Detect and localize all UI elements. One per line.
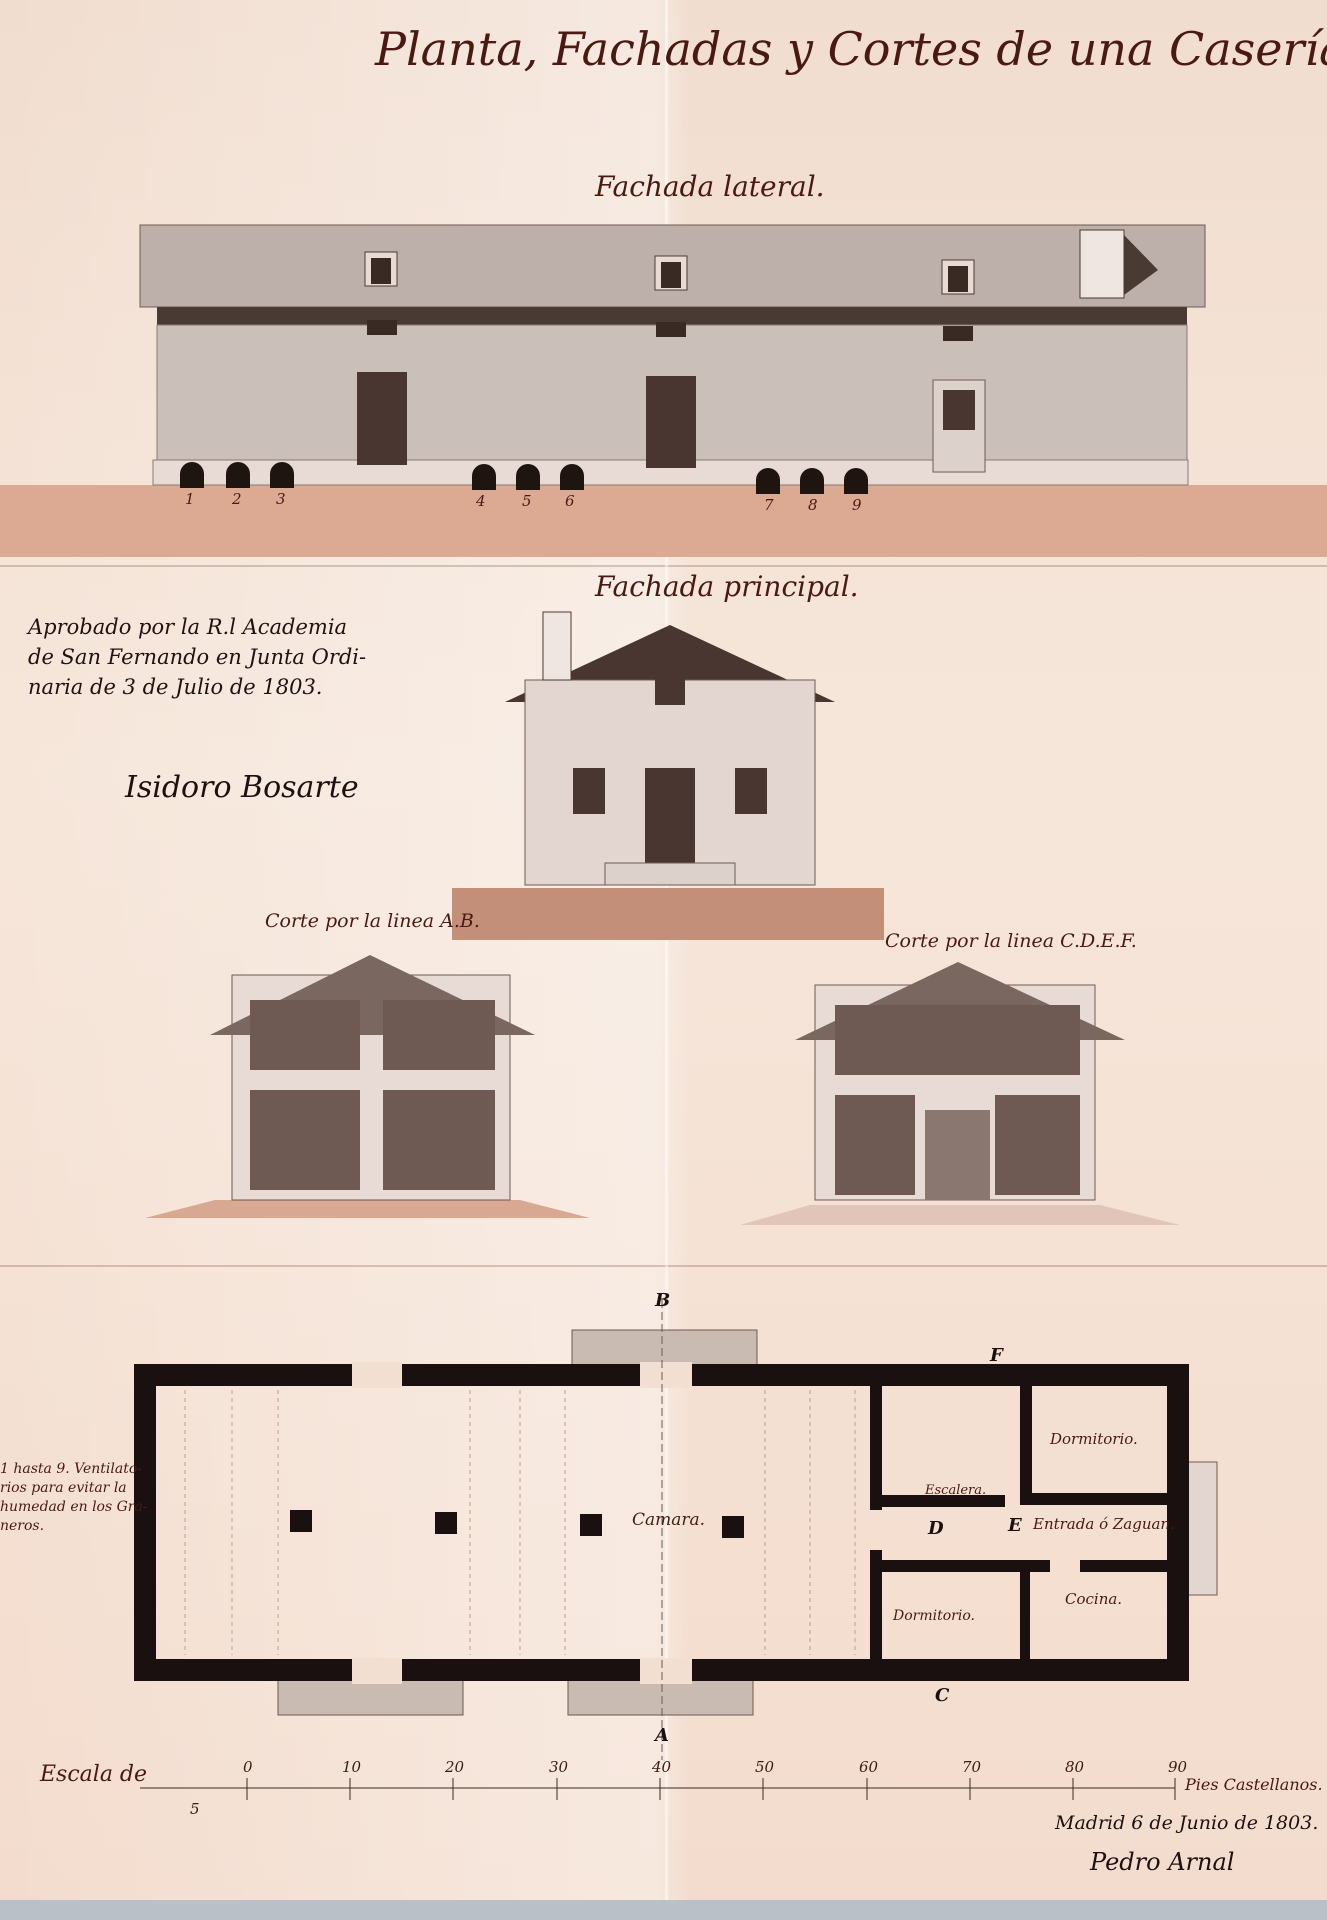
vent-number: 3 — [276, 490, 286, 508]
legend-line: rios para evitar la — [0, 1479, 148, 1498]
vent-number: 9 — [852, 496, 862, 514]
scale-tick-label: 70 — [962, 1758, 981, 1776]
room-label-entrada: Entrada ó Zaguan. — [1033, 1515, 1175, 1533]
vent-number: 7 — [764, 496, 774, 514]
section-marker-a: A — [655, 1725, 669, 1746]
section-title-ab: Corte por la linea A.B. — [265, 910, 480, 932]
scale-tick-label: 90 — [1168, 1758, 1187, 1776]
architectural-drawing — [0, 0, 1327, 1920]
scale-unit: Pies Castellanos. — [1185, 1775, 1323, 1794]
scale-tick-label: 60 — [859, 1758, 878, 1776]
legend-line: neros. — [0, 1517, 148, 1536]
approval-signature: Isidoro Bosarte — [125, 770, 359, 805]
scale-tick-label: 5 — [190, 1800, 200, 1818]
vent-number: 2 — [232, 490, 242, 508]
scale-label: Escala de — [40, 1762, 147, 1787]
scale-tick-label: 30 — [549, 1758, 568, 1776]
vent-number: 4 — [476, 492, 486, 510]
approval-line: de San Fernando en Junta Ordi- — [28, 642, 366, 672]
scale-tick-label: 10 — [342, 1758, 361, 1776]
scale-bar — [140, 1778, 1175, 1800]
section-ab — [145, 955, 590, 1218]
section-title-cdef: Corte por la linea C.D.E.F. — [885, 930, 1137, 952]
scale-tick-label: 40 — [652, 1758, 671, 1776]
legend-line: humedad en los Gra- — [0, 1498, 148, 1517]
section-marker-d: D — [928, 1518, 944, 1539]
vent-number: 6 — [565, 492, 575, 510]
section-marker-c: C — [935, 1685, 949, 1706]
section-title-principal: Fachada principal. — [595, 570, 859, 603]
scale-tick-label: 20 — [445, 1758, 464, 1776]
legend-note: 1 hasta 9. Ventilato- rios para evitar l… — [0, 1460, 148, 1536]
scan-background — [0, 1900, 1327, 1920]
room-label-dormitorio: Dormitorio. — [893, 1608, 975, 1624]
vent-number: 8 — [808, 496, 818, 514]
legend-line: 1 hasta 9. Ventilato- — [0, 1460, 148, 1479]
scale-tick-label: 0 — [243, 1758, 253, 1776]
architect-signature: Pedro Arnal — [1090, 1848, 1234, 1876]
vent-number: 1 — [185, 490, 195, 508]
section-marker-e: E — [1008, 1515, 1022, 1536]
principal-facade — [452, 612, 884, 940]
room-label-camara: Camara. — [632, 1510, 705, 1530]
place-date: Madrid 6 de Junio de 1803. — [1055, 1812, 1318, 1834]
scale-tick-label: 80 — [1065, 1758, 1084, 1776]
approval-line: Aprobado por la R.l Academia — [28, 612, 347, 642]
section-cdef — [740, 962, 1180, 1225]
section-marker-b: B — [655, 1290, 670, 1311]
scale-tick-label: 50 — [755, 1758, 774, 1776]
vent-number: 5 — [522, 492, 532, 510]
approval-line: naria de 3 de Julio de 1803. — [28, 672, 322, 702]
room-label-dormitorio: Dormitorio. — [1050, 1430, 1138, 1448]
lateral-facade — [0, 225, 1327, 557]
room-label-cocina: Cocina. — [1065, 1590, 1122, 1608]
section-marker-f: F — [990, 1345, 1003, 1366]
room-label-escalera: Escalera. — [925, 1483, 986, 1498]
